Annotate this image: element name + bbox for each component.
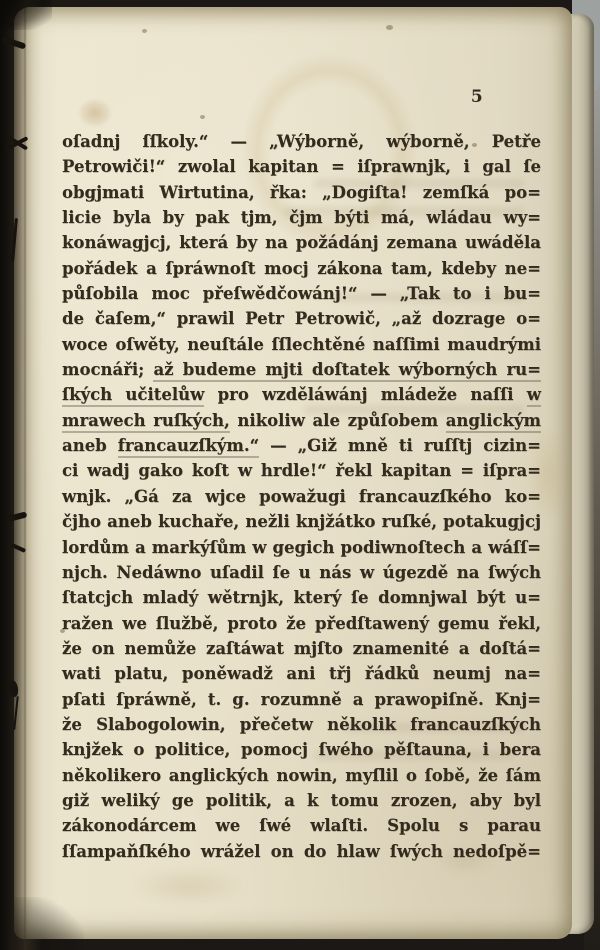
stain [118,863,258,909]
page-number: 5 [460,87,494,107]
text-line: několikero anglických nowin, myſlil o ſo… [62,763,541,788]
speck [200,115,205,119]
binding-crease [24,0,26,950]
text-line: pořádek a ſpráwnoſt mocj zákona tam, kde… [62,256,541,281]
text-line: že on nemůže zaſtáwat mjſto znamenité a … [62,636,541,661]
book-scan: 5 oſadnj ſſkoly.“ — „Wýborně, wýborně, P… [0,0,600,950]
text-line: Petrowiči!“ zwolal kapitan = iſprawnjk, … [62,154,541,179]
stain [74,95,116,131]
speck [142,29,147,33]
text-line: njch. Nedáwno uſadil ſe u nás w úgezdě n… [62,560,541,585]
text-line: ražen we ſlužbě, proto že předſtawený ge… [62,611,541,636]
text-line: lordům a markýſům w gegich podiwnoſtech … [62,535,541,560]
text-line: mocnáři; až budeme mjti doſtatek wýborný… [62,357,541,382]
text-line: že Slabogolowin, přečetw několik francau… [62,712,541,737]
text-line: wnjk. „Gá za wjce powažugi francauzſkého… [62,484,541,509]
text-line: pſati ſpráwně, t. g. rozumně a prawopiſn… [62,687,541,712]
text-line: konáwagjcj, která by na požádánj zemana … [62,230,541,255]
text-line: ſkých učitelůw pro wzděláwánj mládeže na… [62,382,541,407]
text-line: de čaſem,“ prawil Petr Petrowič, „až doz… [62,306,541,331]
text-line: oſadnj ſſkoly.“ — „Wýborně, wýborně, Pet… [62,129,541,154]
text-line: ſſampaňſkého wrážel on do hlaw ſwých ned… [62,839,541,864]
text-line: půſobila moc přeſwědčowánj!“ — „Tak to i… [62,281,541,306]
text-line: čjho aneb kuchaře, nežli knjžátko ruſké,… [62,509,541,534]
text-line: ſtatcjch mladý wětrnjk, který ſe domnjwa… [62,585,541,610]
book-page: 5 oſadnj ſſkoly.“ — „Wýborně, wýborně, P… [14,7,572,939]
text-line: aneb francauzſkým.“ — „Giž mně ti ruſſtj… [62,433,541,458]
text-line: obgjmati Wirtutina, řka: „Dogiſta! zemſk… [62,180,541,205]
text-line: ci wadj gako koſt w hrdle!“ řekl kapitan… [62,458,541,483]
text-line: woce oſwěty, neuſtále ſſlechtěné naſſimi… [62,332,541,357]
text-line: licie byla by pak tjm, čjm býti má, wlád… [62,205,541,230]
text-line: giž weliký ge politik, a k tomu zrozen, … [62,788,541,813]
scanner-background-corner [0,0,52,30]
text-line: zákonodárcem we ſwé wlaſti. Spolu s para… [62,813,541,838]
text-line: wati platu, poněwadž ani třj řádků neumj… [62,661,541,686]
page-text-block: oſadnj ſſkoly.“ — „Wýborně, wýborně, Pet… [62,129,541,864]
text-line: knjžek o politice, pomocj ſwého pěſtauna… [62,737,541,762]
text-line: mrawech ruſkých, nikoliw ale způſobem an… [62,408,541,433]
speck [386,25,393,30]
